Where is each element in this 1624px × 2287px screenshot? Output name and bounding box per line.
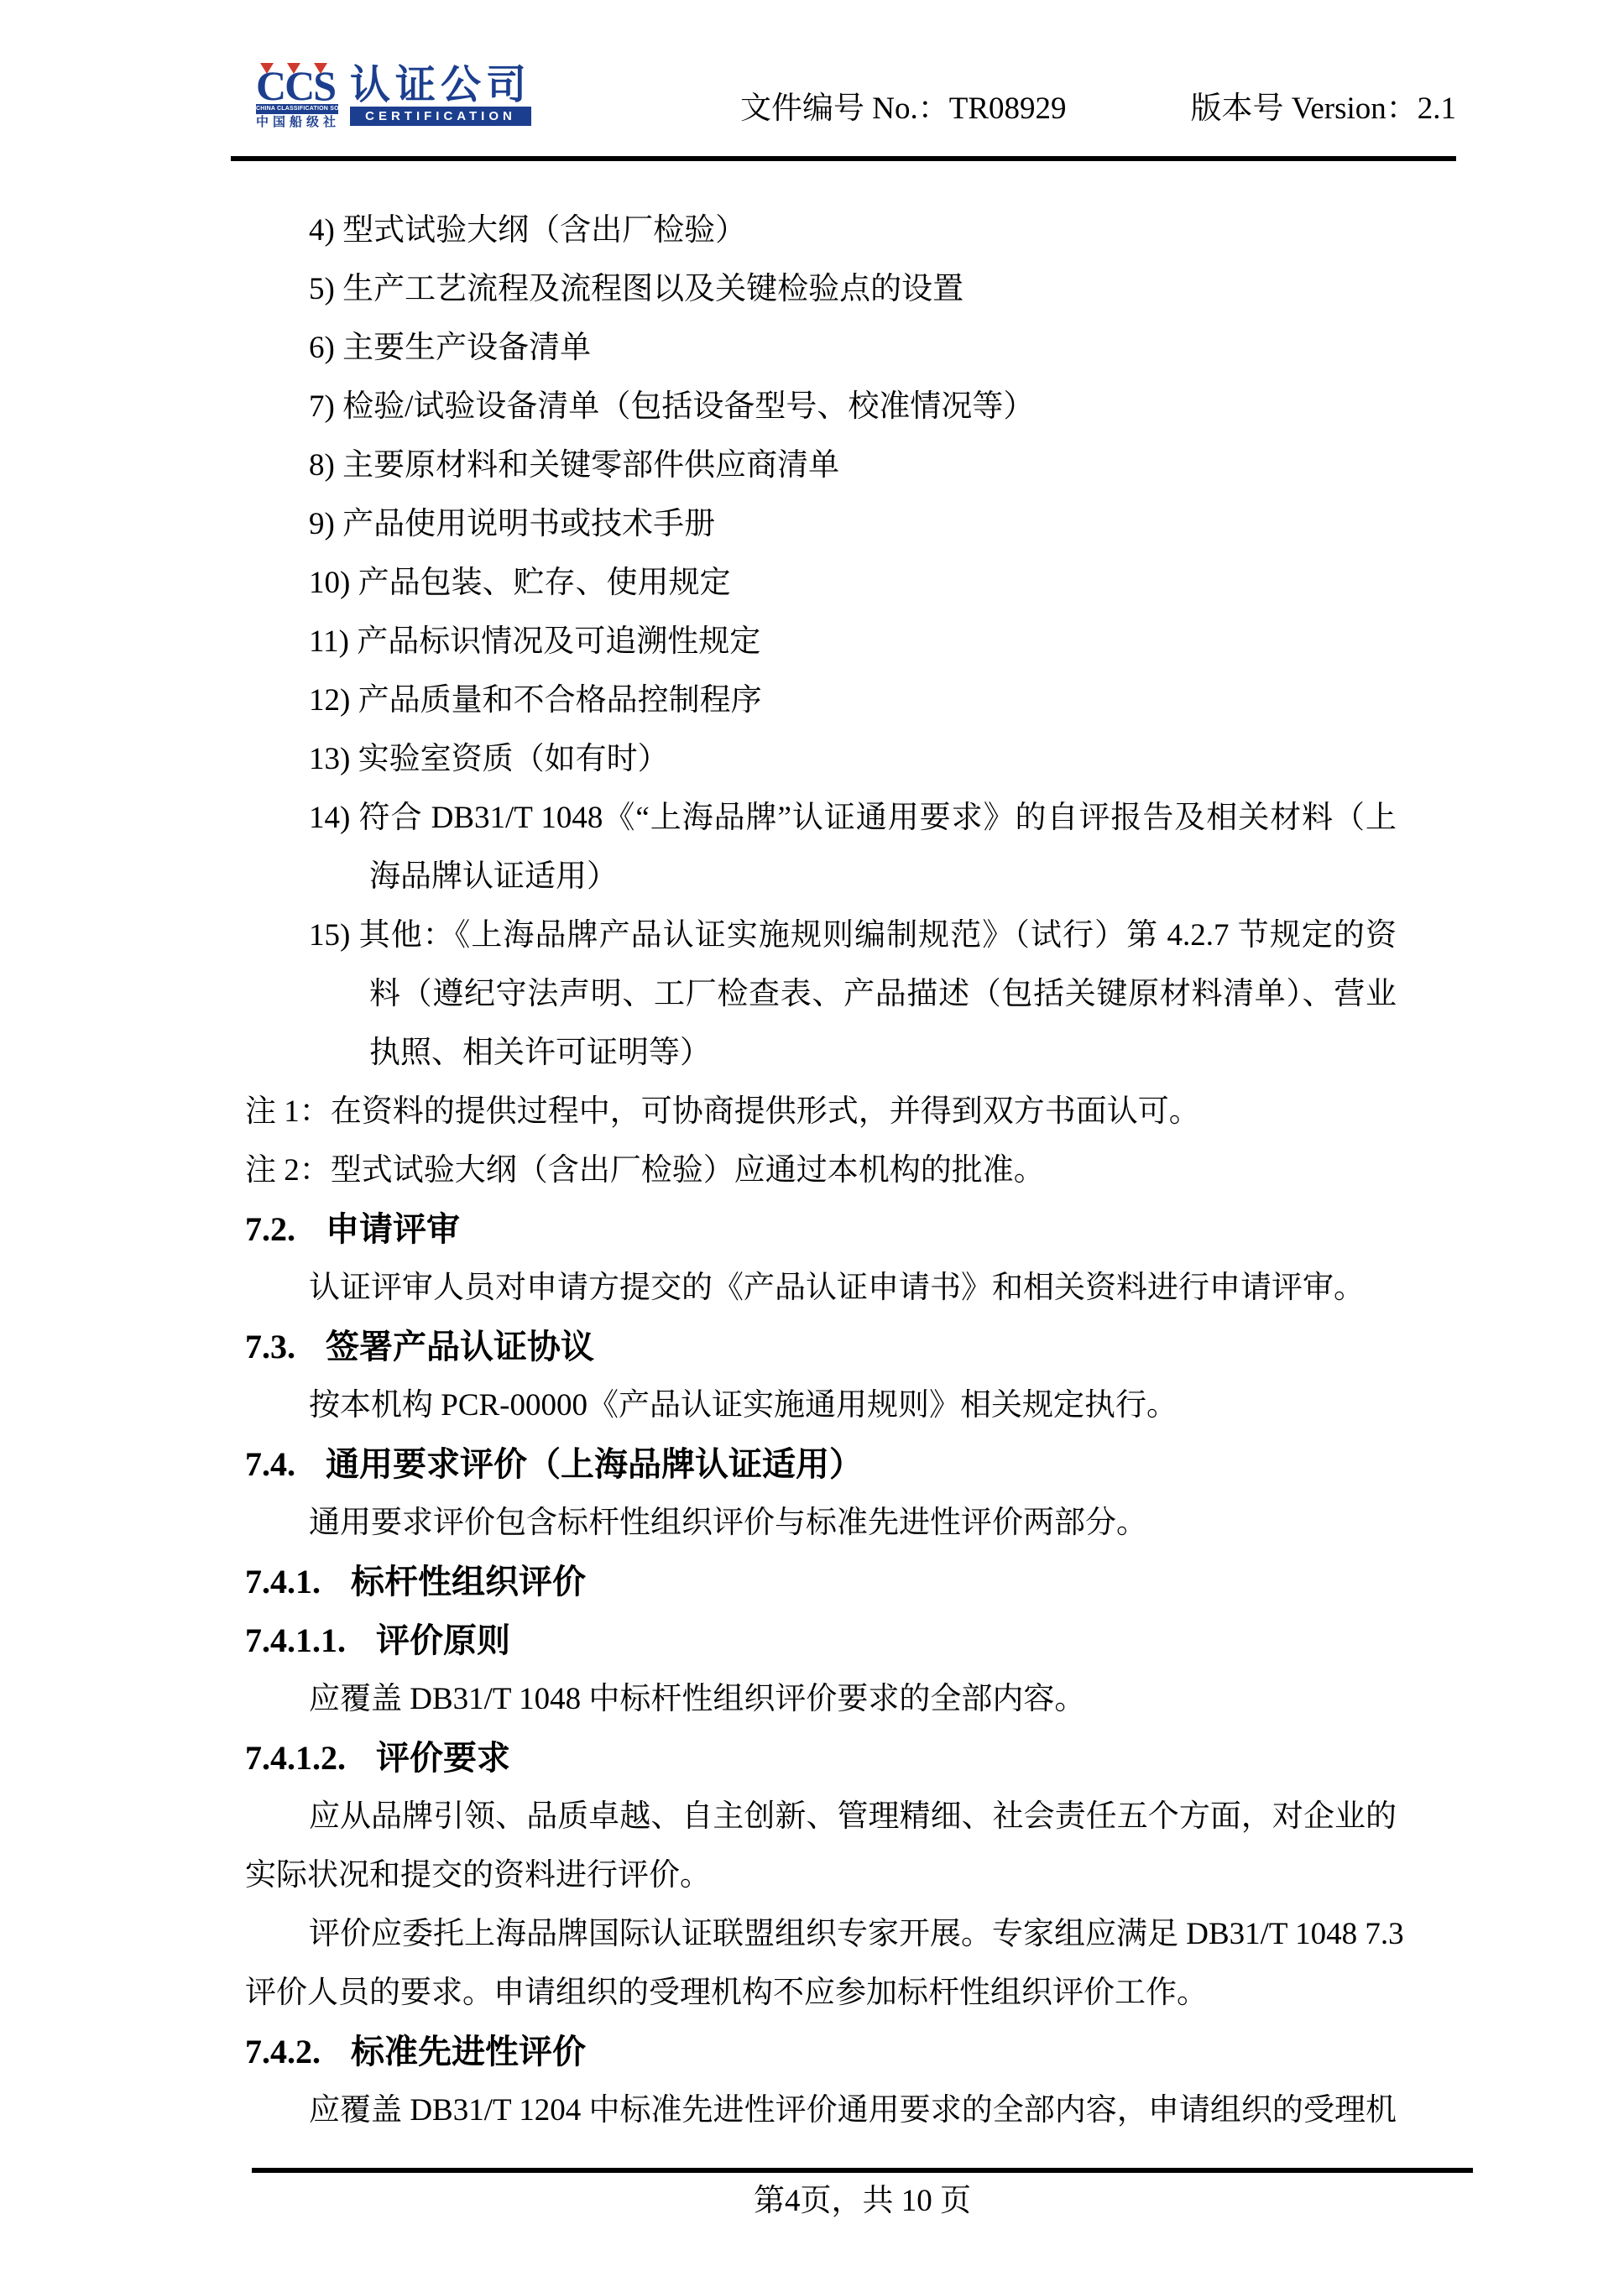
doc-line: 7.4.通用要求评价（上海品牌认证适用） [245, 1435, 1397, 1494]
line-text: 通用要求评价（上海品牌认证适用） [326, 1446, 863, 1483]
line-text: 料（遵纪守法声明、工厂检查表、产品描述（包括关键原材料清单）、营业 [369, 977, 1397, 1011]
society-zh-label: 中国船级社 [256, 115, 342, 129]
line-text: 按本机构 PCR-00000《产品认证实施通用规则》相关规定执行。 [309, 1388, 1178, 1423]
line-text: 14) 符合 DB31/T 1048《“上海品牌”认证通用要求》的自评报告及相关… [309, 801, 1397, 835]
line-text: 10) 产品包装、贮存、使用规定 [309, 566, 731, 600]
doc-line: 7.3.签署产品认证协议 [245, 1318, 1397, 1376]
line-text: 11) 产品标识情况及可追溯性规定 [309, 624, 760, 659]
doc-line: 应覆盖 DB31/T 1048 中标杆性组织评价要求的全部内容。 [309, 1670, 1397, 1729]
line-text: 4) 型式试验大纲（含出厂检验） [309, 213, 746, 248]
line-text: 5) 生产工艺流程及流程图以及关键检验点的设置 [309, 272, 963, 306]
line-text: 应从品牌引领、品质卓越、自主创新、管理精细、社会责任五个方面，对企业的 [309, 1799, 1397, 1834]
doc-line: 7.4.1.2.评价要求 [245, 1729, 1397, 1788]
doc-line: 按本机构 PCR-00000《产品认证实施通用规则》相关规定执行。 [309, 1376, 1397, 1435]
doc-line: 5) 生产工艺流程及流程图以及关键检验点的设置 [309, 260, 1397, 319]
section-number: 7.2. [245, 1210, 295, 1248]
section-number: 7.4. [245, 1445, 295, 1483]
doc-line: 海品牌认证适用） [369, 848, 1397, 906]
doc-line: 14) 符合 DB31/T 1048《“上海品牌”认证通用要求》的自评报告及相关… [309, 789, 1397, 848]
footer-divider [252, 2168, 1473, 2173]
doc-number-label: 文件编号 No.：TR08929 [740, 80, 1067, 138]
line-text: 实际状况和提交的资料进行评价。 [245, 1858, 711, 1893]
company-zh-label: 认证公司 [350, 67, 531, 104]
doc-line: 评价人员的要求。申请组织的受理机构不应参加标杆性组织评价工作。 [245, 1964, 1397, 2023]
ccs-logo-left: CCS CHINA CLASSIFICATION SOCIETY 中国船级社 [256, 67, 338, 129]
line-text: 评价原则 [376, 1622, 510, 1659]
doc-line: 8) 主要原材料和关键零部件供应商清单 [309, 436, 1397, 495]
doc-line: 10) 产品包装、贮存、使用规定 [309, 554, 1397, 613]
line-text: 注 1：在资料的提供过程中，可协商提供形式，并得到双方书面认可。 [245, 1094, 1200, 1129]
line-text: 标杆性组织评价 [351, 1564, 586, 1600]
line-text: 15) 其他：《上海品牌产品认证实施规则编制规范》（试行）第 4.2.7 节规定… [309, 918, 1397, 953]
certification-bar: CERTIFICATION [350, 107, 531, 126]
line-text: 执照、相关许可证明等） [369, 1036, 711, 1070]
document-lines: 4) 型式试验大纲（含出厂检验）5) 生产工艺流程及流程图以及关键检验点的设置6… [245, 201, 1397, 2140]
line-text: 海品牌认证适用） [369, 859, 618, 894]
doc-line: 7) 检验/试验设备清单（包括设备型号、校准情况等） [309, 378, 1397, 436]
line-text: 应覆盖 DB31/T 1204 中标准先进性评价通用要求的全部内容，申请组织的受… [309, 2093, 1397, 2128]
line-text: 8) 主要原材料和关键零部件供应商清单 [309, 448, 839, 483]
doc-line: 应覆盖 DB31/T 1204 中标准先进性评价通用要求的全部内容，申请组织的受… [309, 2081, 1397, 2140]
page: { "header": { "logo": { "ccs": "CCS", "s… [0, 0, 1624, 2287]
doc-line: 7.2.申请评审 [245, 1200, 1397, 1259]
section-number: 7.4.1.1. [245, 1621, 346, 1659]
page-number: 第4页，共 10 页 [252, 2176, 1473, 2227]
doc-line: 评价应委托上海品牌国际认证联盟组织专家开展。专家组应满足 DB31/T 1048… [309, 1905, 1397, 1964]
doc-line: 7.4.2.标准先进性评价 [245, 2023, 1397, 2081]
doc-line: 实际状况和提交的资料进行评价。 [245, 1846, 1397, 1905]
line-text: 评价要求 [376, 1740, 510, 1777]
doc-line: 注 2：型式试验大纲（含出厂检验）应通过本机构的批准。 [245, 1141, 1397, 1200]
doc-line: 7.4.1.标杆性组织评价 [245, 1553, 1397, 1611]
line-text: 标准先进性评价 [351, 2034, 586, 2070]
ccs-wordmark: CCS [256, 67, 338, 104]
line-text: 评价应委托上海品牌国际认证联盟组织专家开展。专家组应满足 DB31/T 1048… [309, 1917, 1404, 1951]
doc-line: 9) 产品使用说明书或技术手册 [309, 495, 1397, 554]
doc-line: 15) 其他：《上海品牌产品认证实施规则编制规范》（试行）第 4.2.7 节规定… [309, 906, 1397, 965]
doc-line: 7.4.1.1.评价原则 [245, 1611, 1397, 1670]
doc-line: 应从品牌引领、品质卓越、自主创新、管理精细、社会责任五个方面，对企业的 [309, 1788, 1397, 1846]
line-text: 6) 主要生产设备清单 [309, 331, 591, 365]
doc-line: 执照、相关许可证明等） [369, 1024, 1397, 1083]
doc-line: 12) 产品质量和不合格品控制程序 [309, 671, 1397, 730]
doc-line: 料（遵纪守法声明、工厂检查表、产品描述（包括关键原材料清单）、营业 [369, 965, 1397, 1024]
red-accent-icon [314, 63, 327, 74]
line-text: 申请评审 [326, 1211, 460, 1248]
line-text: 9) 产品使用说明书或技术手册 [309, 507, 715, 541]
line-text: 评价人员的要求。申请组织的受理机构不应参加标杆性组织评价工作。 [245, 1976, 1208, 2010]
doc-line: 通用要求评价包含标杆性组织评价与标准先进性评价两部分。 [309, 1494, 1397, 1553]
line-text: 认证评审人员对申请方提交的《产品认证申请书》和相关资料进行申请评审。 [309, 1271, 1365, 1305]
line-text: 7) 检验/试验设备清单（包括设备型号、校准情况等） [309, 389, 1034, 424]
line-text: 应覆盖 DB31/T 1048 中标杆性组织评价要求的全部内容。 [309, 1682, 1085, 1716]
section-number: 7.4.1.2. [245, 1739, 346, 1777]
doc-line: 注 1：在资料的提供过程中，可协商提供形式，并得到双方书面认可。 [245, 1083, 1397, 1141]
doc-line: 13) 实验室资质（如有时） [309, 730, 1397, 789]
line-text: 注 2：型式试验大纲（含出厂检验）应通过本机构的批准。 [245, 1153, 1045, 1188]
line-text: 12) 产品质量和不合格品控制程序 [309, 683, 762, 718]
section-number: 7.3. [245, 1328, 295, 1365]
doc-line: 6) 主要生产设备清单 [309, 319, 1397, 378]
red-accent-icon [287, 63, 300, 74]
doc-line: 4) 型式试验大纲（含出厂检验） [309, 201, 1397, 260]
doc-line: 11) 产品标识情况及可追溯性规定 [309, 613, 1397, 671]
red-accent-icon [260, 63, 274, 74]
section-number: 7.4.1. [245, 1563, 321, 1600]
line-text: 通用要求评价包含标杆性组织评价与标准先进性评价两部分。 [309, 1506, 1147, 1540]
version-label: 版本号 Version：2.1 [1190, 80, 1456, 138]
ccs-logo-right: 认证公司 CERTIFICATION [350, 67, 531, 129]
line-text: 13) 实验室资质（如有时） [309, 742, 669, 776]
doc-line: 认证评审人员对申请方提交的《产品认证申请书》和相关资料进行申请评审。 [309, 1259, 1397, 1318]
line-text: 签署产品认证协议 [326, 1329, 594, 1365]
ccs-logo: CCS CHINA CLASSIFICATION SOCIETY 中国船级社 认… [256, 67, 531, 129]
header-divider [231, 156, 1456, 161]
section-number: 7.4.2. [245, 2033, 321, 2070]
header-meta: 文件编号 No.：TR08929 版本号 Version：2.1 [740, 80, 1456, 138]
